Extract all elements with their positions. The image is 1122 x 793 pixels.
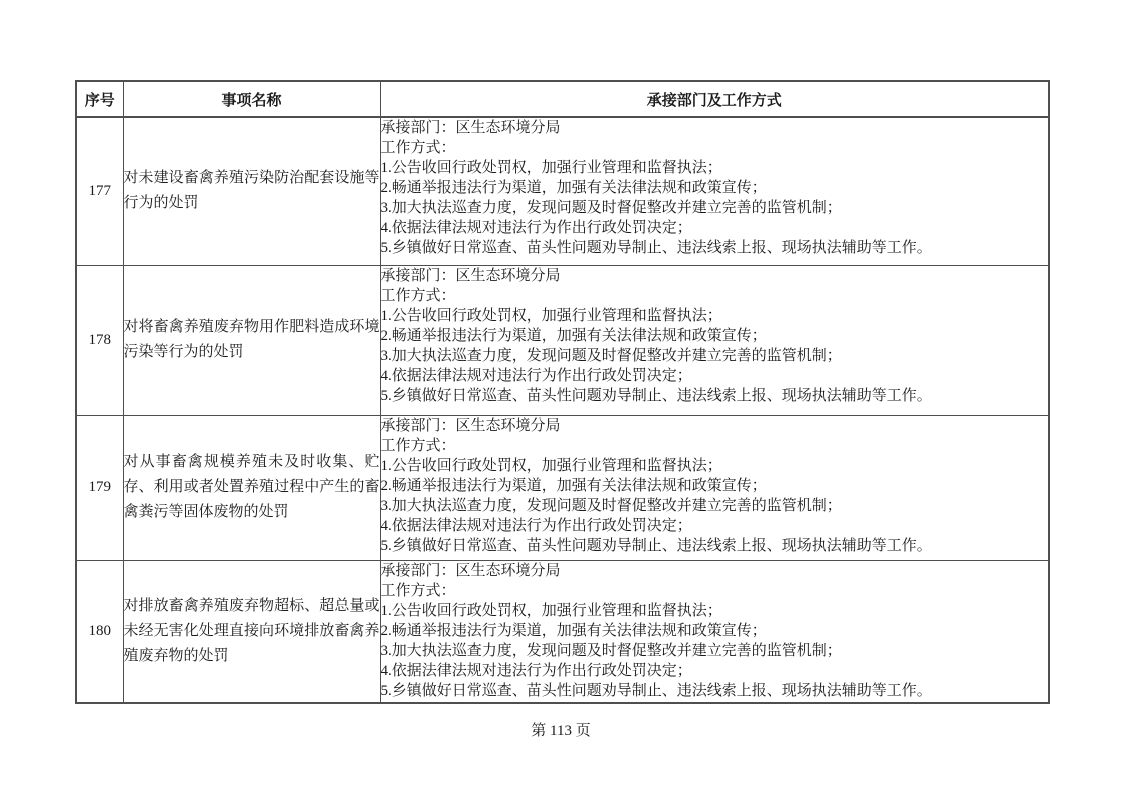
detail-line: 3.加大执法巡查力度，发现问题及时督促整改并建立完善的监管机制； <box>381 496 1049 516</box>
header-item-name: 事项名称 <box>123 81 380 117</box>
detail-line: 2.畅通举报违法行为渠道，加强有关法律法规和政策宣传； <box>381 178 1049 198</box>
detail-line: 工作方式： <box>381 581 1049 601</box>
detail-line: 1.公告收回行政处罚权，加强行业管理和监督执法； <box>381 456 1049 476</box>
detail-line: 承接部门：区生态环境分局 <box>381 266 1049 286</box>
detail-line: 承接部门：区生态环境分局 <box>381 118 1049 138</box>
row-seq: 177 <box>76 117 123 265</box>
detail-line: 5.乡镇做好日常巡查、苗头性问题劝导制止、违法线索上报、现场执法辅助等工作。 <box>381 681 1049 701</box>
detail-line: 4.依据法律法规对违法行为作出行政处罚决定； <box>381 661 1049 681</box>
items-table: 序号 事项名称 承接部门及工作方式 177 对未建设畜禽养殖污染防治配套设施等行… <box>75 80 1050 704</box>
item-name-cell: 对未建设畜禽养殖污染防治配套设施等行为的处罚 <box>123 117 380 265</box>
detail-line: 3.加大执法巡查力度，发现问题及时督促整改并建立完善的监管机制； <box>381 346 1049 366</box>
detail-cell: 承接部门：区生态环境分局 工作方式： 1.公告收回行政处罚权，加强行业管理和监督… <box>380 265 1049 415</box>
detail-line: 3.加大执法巡查力度，发现问题及时督促整改并建立完善的监管机制； <box>381 198 1049 218</box>
detail-line: 4.依据法律法规对违法行为作出行政处罚决定； <box>381 366 1049 386</box>
table-row: 178 对将畜禽养殖废弃物用作肥料造成环境污染等行为的处罚 承接部门：区生态环境… <box>76 265 1049 415</box>
detail-line: 1.公告收回行政处罚权，加强行业管理和监督执法； <box>381 601 1049 621</box>
item-name-cell: 对排放畜禽养殖废弃物超标、超总量或未经无害化处理直接向环境排放畜禽养殖废弃物的处… <box>123 560 380 703</box>
document-page: 序号 事项名称 承接部门及工作方式 177 对未建设畜禽养殖污染防治配套设施等行… <box>0 0 1122 793</box>
table-row: 177 对未建设畜禽养殖污染防治配套设施等行为的处罚 承接部门：区生态环境分局 … <box>76 117 1049 265</box>
table-header-row: 序号 事项名称 承接部门及工作方式 <box>76 81 1049 117</box>
detail-line: 5.乡镇做好日常巡查、苗头性问题劝导制止、违法线索上报、现场执法辅助等工作。 <box>381 238 1049 258</box>
row-seq: 180 <box>76 560 123 703</box>
detail-line: 2.畅通举报违法行为渠道，加强有关法律法规和政策宣传； <box>381 476 1049 496</box>
item-name-cell: 对将畜禽养殖废弃物用作肥料造成环境污染等行为的处罚 <box>123 265 380 415</box>
page-number: 第 113 页 <box>0 719 1122 740</box>
detail-line: 承接部门：区生态环境分局 <box>381 416 1049 436</box>
item-name-cell: 对从事畜禽规模养殖未及时收集、贮存、利用或者处置养殖过程中产生的畜禽粪污等固体废… <box>123 415 380 560</box>
detail-line: 工作方式： <box>381 436 1049 456</box>
table-row: 180 对排放畜禽养殖废弃物超标、超总量或未经无害化处理直接向环境排放畜禽养殖废… <box>76 560 1049 703</box>
detail-line: 5.乡镇做好日常巡查、苗头性问题劝导制止、违法线索上报、现场执法辅助等工作。 <box>381 386 1049 406</box>
table-row: 179 对从事畜禽规模养殖未及时收集、贮存、利用或者处置养殖过程中产生的畜禽粪污… <box>76 415 1049 560</box>
detail-line: 1.公告收回行政处罚权，加强行业管理和监督执法； <box>381 158 1049 178</box>
detail-line: 3.加大执法巡查力度，发现问题及时督促整改并建立完善的监管机制； <box>381 641 1049 661</box>
detail-line: 承接部门：区生态环境分局 <box>381 561 1049 581</box>
detail-cell: 承接部门：区生态环境分局 工作方式： 1.公告收回行政处罚权，加强行业管理和监督… <box>380 415 1049 560</box>
detail-line: 1.公告收回行政处罚权，加强行业管理和监督执法； <box>381 306 1049 326</box>
row-seq: 178 <box>76 265 123 415</box>
header-seq: 序号 <box>76 81 123 117</box>
header-detail: 承接部门及工作方式 <box>380 81 1049 117</box>
detail-cell: 承接部门：区生态环境分局 工作方式： 1.公告收回行政处罚权，加强行业管理和监督… <box>380 560 1049 703</box>
row-seq: 179 <box>76 415 123 560</box>
detail-line: 2.畅通举报违法行为渠道，加强有关法律法规和政策宣传； <box>381 326 1049 346</box>
detail-cell: 承接部门：区生态环境分局 工作方式： 1.公告收回行政处罚权，加强行业管理和监督… <box>380 117 1049 265</box>
detail-line: 工作方式： <box>381 286 1049 306</box>
detail-line: 5.乡镇做好日常巡查、苗头性问题劝导制止、违法线索上报、现场执法辅助等工作。 <box>381 536 1049 556</box>
detail-line: 4.依据法律法规对违法行为作出行政处罚决定； <box>381 218 1049 238</box>
detail-line: 工作方式： <box>381 138 1049 158</box>
detail-line: 2.畅通举报违法行为渠道，加强有关法律法规和政策宣传； <box>381 621 1049 641</box>
detail-line: 4.依据法律法规对违法行为作出行政处罚决定； <box>381 516 1049 536</box>
